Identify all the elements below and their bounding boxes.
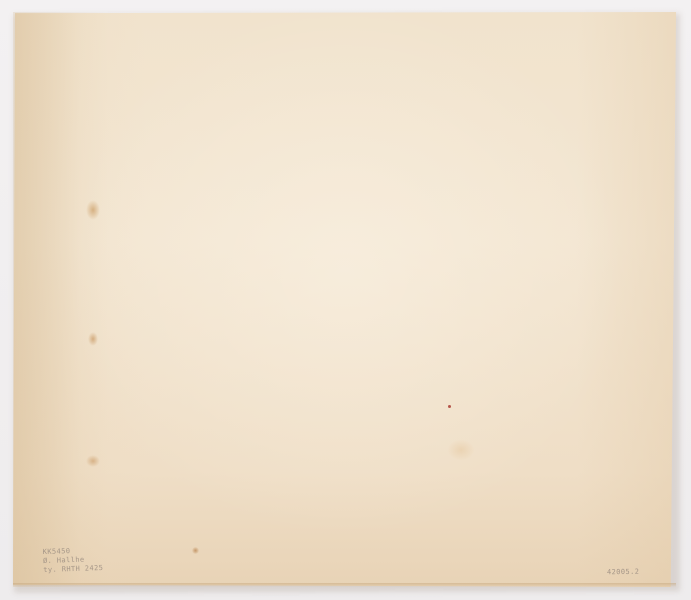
inscription-number: 42005.2: [607, 568, 639, 578]
left-discoloration-band: [13, 12, 108, 587]
photo-scene: KK5450 Ø. Hallhe ty. RHTH 2425 42005.2: [0, 0, 691, 600]
rust-stain-middle-left: [88, 332, 98, 346]
brown-spot: [192, 547, 199, 554]
pencil-inscription-right: 42005.2: [607, 568, 639, 578]
paper-sheet: [13, 12, 676, 587]
pencil-inscription-left: KK5450 Ø. Hallhe ty. RHTH 2425: [43, 546, 104, 575]
rust-stain-lower-left: [86, 455, 100, 467]
red-speck: [448, 405, 451, 408]
pale-stain: [448, 440, 474, 460]
rust-stain-upper-left: [86, 200, 100, 220]
sheet-bottom-edge: [13, 583, 676, 587]
